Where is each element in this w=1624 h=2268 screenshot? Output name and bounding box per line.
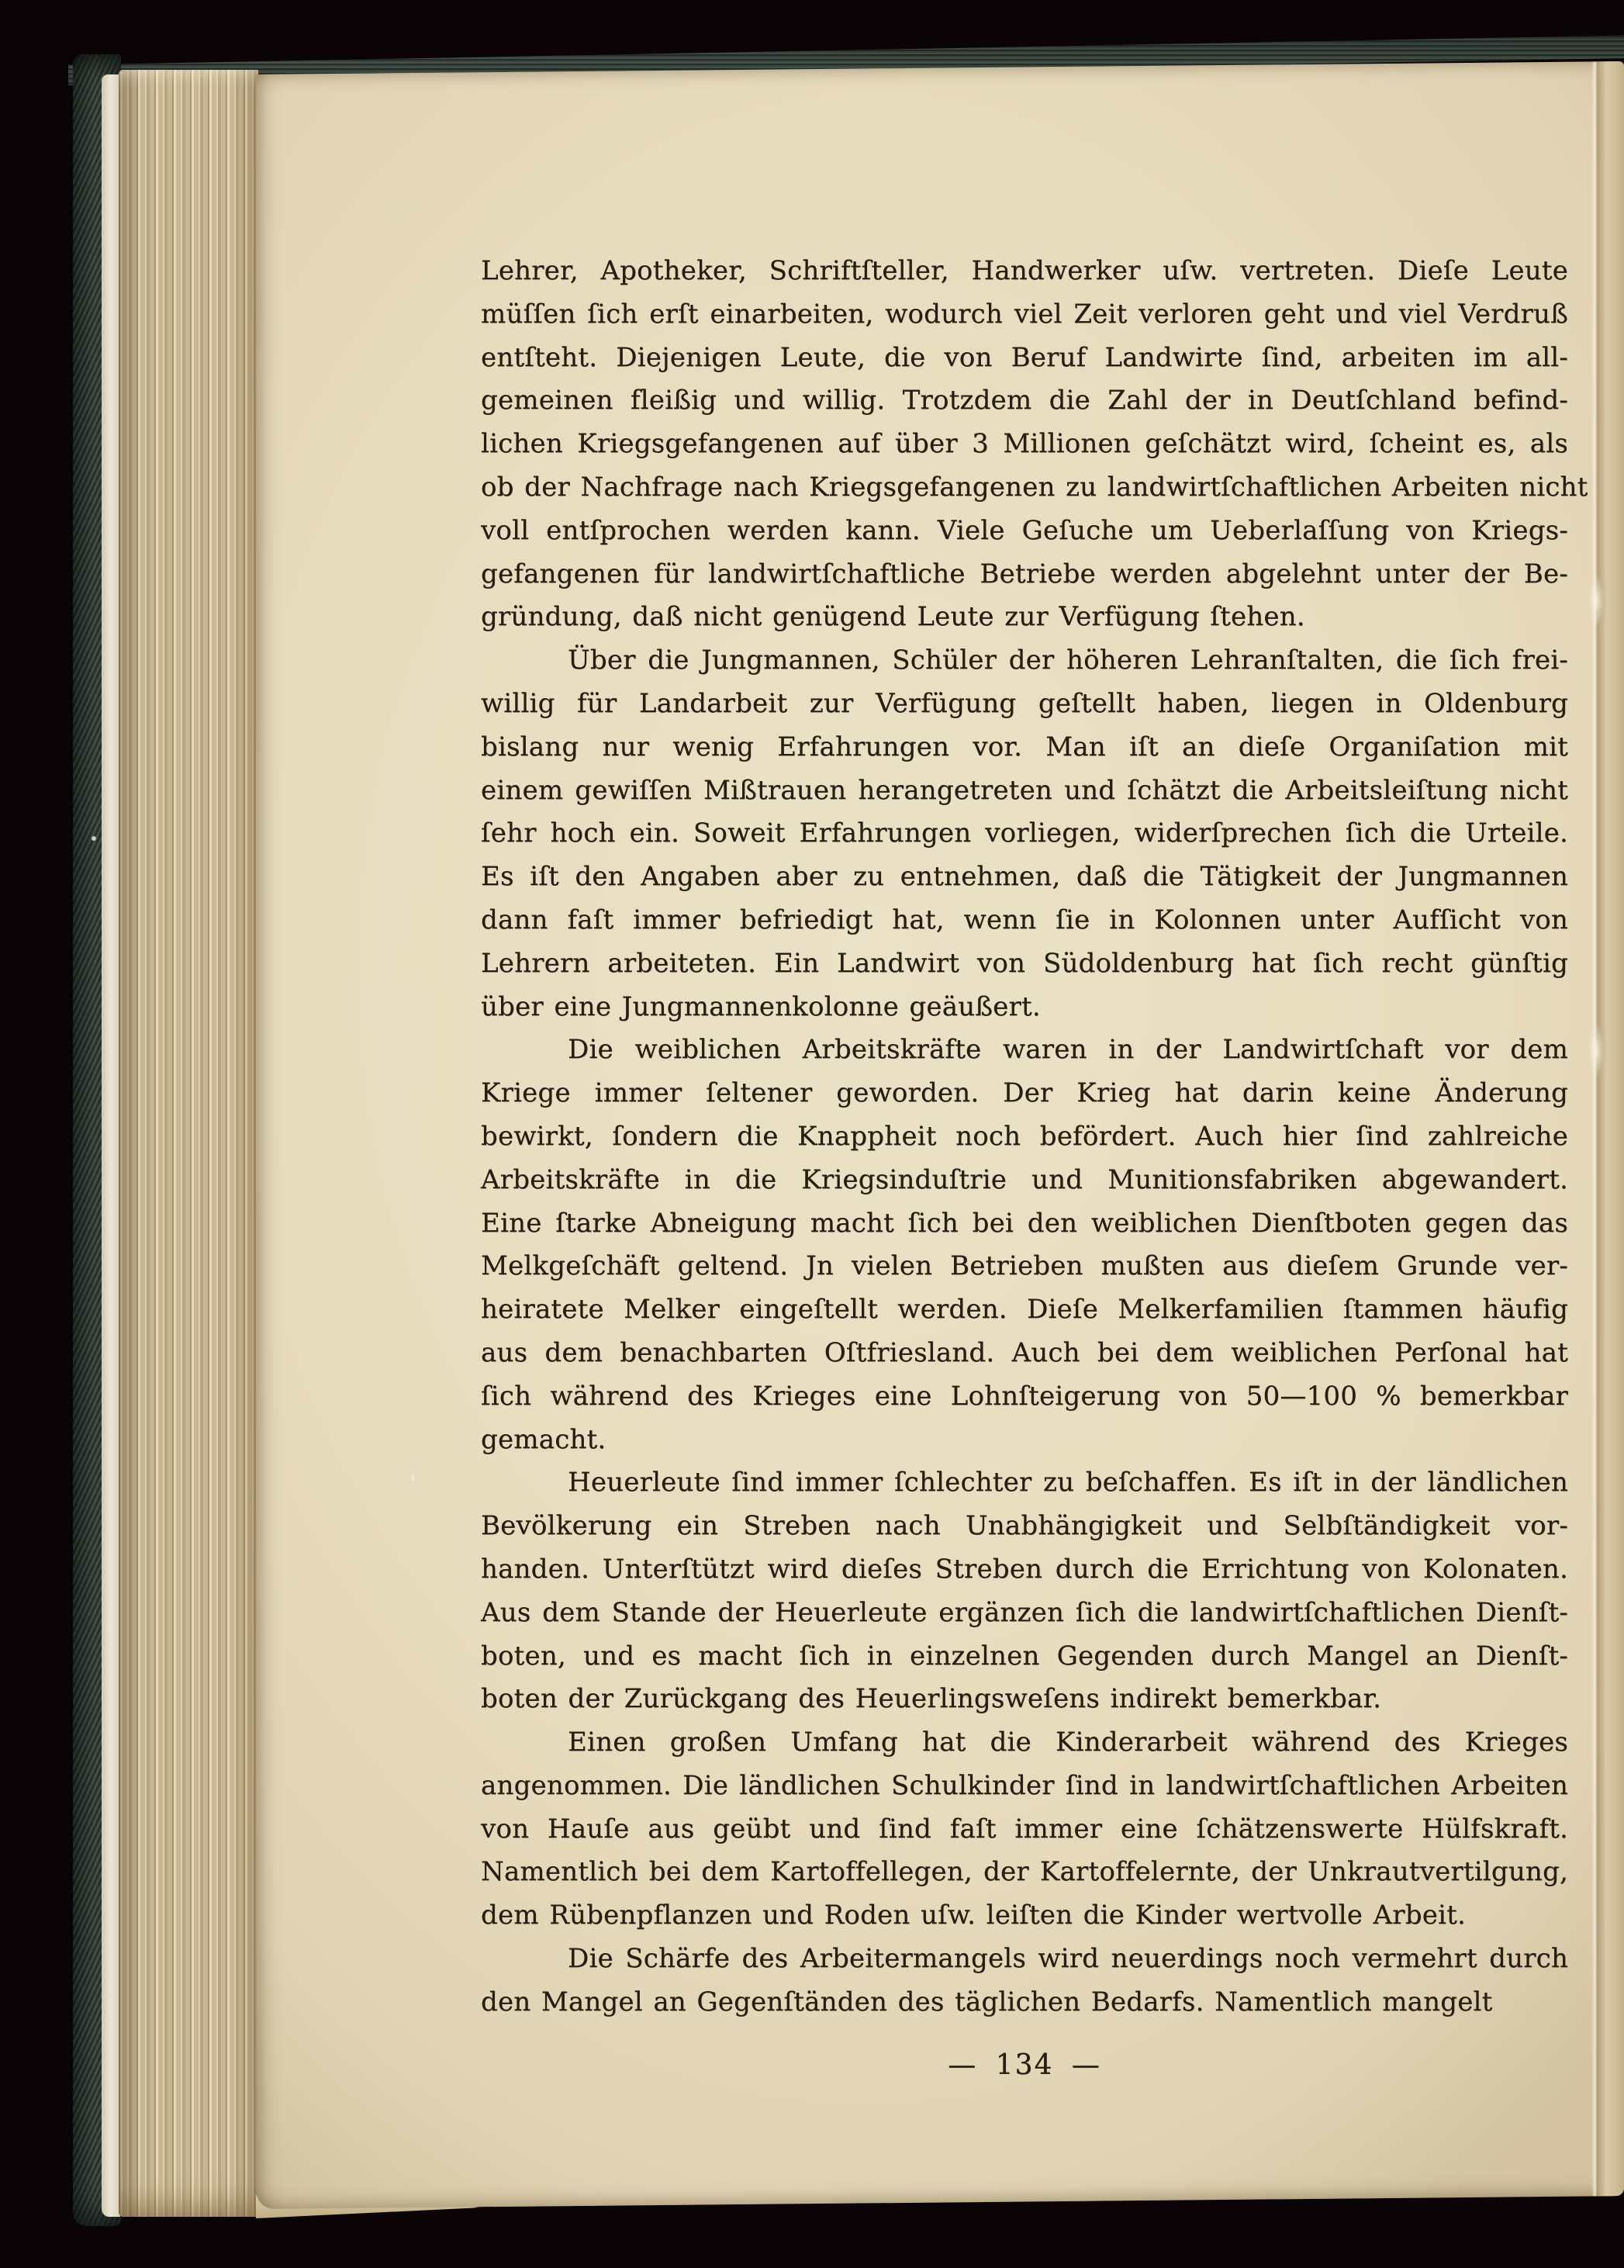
- text-line: entſteht. Diejenigen Leute, die von Beru…: [481, 337, 1568, 380]
- text-line: heiratete Melker eingeſtellt werden. Die…: [481, 1288, 1568, 1332]
- endpaper-strip: [102, 74, 120, 2217]
- text-line: Heuerleute ſind immer ſchlechter zu beſc…: [481, 1461, 1568, 1505]
- text-line: Die weiblichen Arbeitskräfte waren in de…: [481, 1029, 1568, 1072]
- edge-nick: [1588, 573, 1604, 628]
- text-line: Eine ſtarke Abneigung macht ſich bei den…: [481, 1202, 1568, 1246]
- text-line: Melkgeſchäft geltend. Jn vielen Betriebe…: [481, 1245, 1568, 1288]
- text-line: aus dem benachbarten Oſtfriesland. Auch …: [481, 1332, 1568, 1375]
- text-line: über eine Jungmannenkolonne geäußert.: [481, 986, 1568, 1029]
- text-line: gemeinen fleißig und willig. Trotzdem di…: [481, 379, 1568, 423]
- text-line: lichen Kriegsgefangenen auf über 3 Milli…: [481, 423, 1568, 466]
- page-number: — 134 —: [481, 2049, 1568, 2081]
- dust-speck: [92, 836, 96, 841]
- text-line: einem gewiſſen Mißtrauen herangetreten u…: [481, 769, 1568, 813]
- text-line: willig für Landarbeit zur Verfügung geſt…: [481, 683, 1568, 726]
- text-line: Einen großen Umfang hat die Kinderarbeit…: [481, 1721, 1568, 1765]
- text-line: Namentlich bei dem Kartoffellegen, der K…: [481, 1851, 1568, 1894]
- text-line: Es iſt den Angaben aber zu entnehmen, da…: [481, 856, 1568, 899]
- text-line: bislang nur wenig Erfahrungen vor. Man i…: [481, 726, 1568, 769]
- text-line: dann faſt immer befriedigt hat, wenn ſie…: [481, 899, 1568, 942]
- gutter-crease: [1591, 61, 1598, 2196]
- text-line: handen. Unterſtützt wird dieſes Streben …: [481, 1548, 1568, 1592]
- text-line: boten, und es macht ſich in einzelnen Ge…: [481, 1635, 1568, 1679]
- scanned-book-photo: { "theme": { "background": "#0b0406", "c…: [0, 0, 1624, 2268]
- text-line: gefangenen für landwirtſchaftliche Betri…: [481, 553, 1568, 596]
- text-line: ſehr hoch ein. Soweit Erfahrungen vorlie…: [481, 812, 1568, 856]
- text-line: den Mangel an Gegenſtänden des täglichen…: [481, 1981, 1568, 2024]
- text-line: Aus dem Stande der Heuerleute ergänzen ſ…: [481, 1592, 1568, 1635]
- text-line: müſſen ſich erſt einarbeiten, wodurch vi…: [481, 293, 1568, 337]
- text-line: Arbeitskräfte in die Kriegsinduſtrie und…: [481, 1159, 1568, 1202]
- text-line: Bevölkerung ein Streben nach Unabhängigk…: [481, 1505, 1568, 1548]
- text-block: Lehrer, Apotheker, Schriftſteller, Handw…: [481, 250, 1568, 2024]
- text-line: ob der Nachfrage nach Kriegsgefangenen z…: [481, 466, 1568, 510]
- page-block-fore-edge: [119, 70, 258, 2217]
- page-curl: [1598, 61, 1624, 2196]
- text-line: Kriege immer ſeltener geworden. Der Krie…: [481, 1072, 1568, 1115]
- text-line: von Hauſe aus geübt und ſind faſt immer …: [481, 1808, 1568, 1851]
- text-line: voll entſprochen werden kann. Viele Geſu…: [481, 510, 1568, 553]
- text-line: dem Rübenpflanzen und Roden uſw. leiſten…: [481, 1894, 1568, 1938]
- text-line: ſich während des Krieges eine Lohnſteige…: [481, 1375, 1568, 1419]
- text-line: gemacht.: [481, 1419, 1568, 1462]
- text-line: Die Schärfe des Arbeitermangels wird neu…: [481, 1938, 1568, 1981]
- edge-nick: [1588, 1023, 1604, 1077]
- dust-speck: [411, 1475, 415, 1481]
- text-line: gründung, daß nicht genügend Leute zur V…: [481, 596, 1568, 639]
- text-line: angenommen. Die ländlichen Schulkinder ſ…: [481, 1765, 1568, 1808]
- text-line: boten der Zurückgang des Heuerlingsweſen…: [481, 1678, 1568, 1721]
- text-line: Lehrern arbeiteten. Ein Landwirt von Süd…: [481, 942, 1568, 986]
- text-line: Über die Jungmannen, Schüler der höheren…: [481, 639, 1568, 683]
- text-line: Lehrer, Apotheker, Schriftſteller, Handw…: [481, 250, 1568, 293]
- text-line: bewirkt, ſondern die Knappheit noch befö…: [481, 1115, 1568, 1159]
